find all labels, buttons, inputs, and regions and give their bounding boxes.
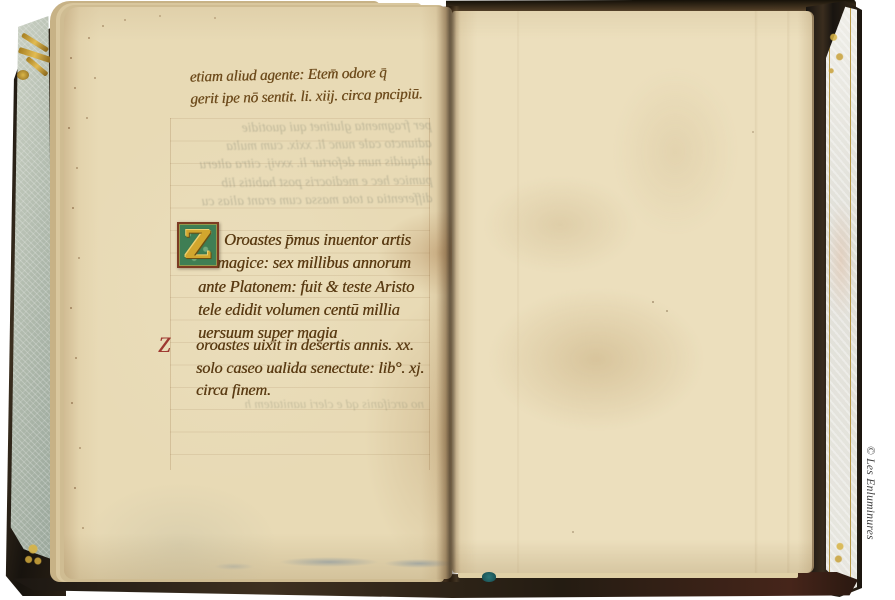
manuscript-text-line: oroastes uixit in desertis annis. xx. bbox=[196, 334, 452, 357]
rubric-initial-Z: Z bbox=[158, 334, 170, 356]
foxing-specks bbox=[64, 7, 66, 9]
gold-ornament-icon bbox=[824, 26, 848, 82]
stain bbox=[214, 563, 254, 570]
manuscript-text-line: solo caseo ualida senectute: lib°. xj. bbox=[196, 357, 452, 380]
gold-ornament-icon bbox=[832, 538, 848, 566]
manuscript-top-lines: etiam aliud agente: Etem̄ odore q̄ gerit… bbox=[190, 61, 423, 109]
photo-credit: © Les Enluminures bbox=[864, 446, 876, 540]
showthrough-text: per fragmenta glutinet qui quotidie adiu… bbox=[175, 116, 432, 211]
gold-fleur-icon bbox=[22, 540, 44, 570]
paragraph-zoroastes-2: oroastes uixit in desertis annis. xx. so… bbox=[196, 334, 452, 402]
manuscript-photo: etiam aliud agente: Etem̄ odore q̄ gerit… bbox=[0, 0, 895, 600]
paragraph-zoroastes-1: Oroastes p̄mus inuentor artis magice: se… bbox=[198, 228, 450, 344]
showthrough-text: no arcifanis qd e cleri uanitatem h bbox=[184, 396, 424, 412]
manuscript-text-line: tele edidit volumen centū millia bbox=[198, 298, 450, 321]
manuscript-text-line: Oroastes p̄mus inuentor artis bbox=[198, 228, 450, 251]
headband bbox=[482, 572, 496, 582]
manuscript-text-line: ante Platonem: fuit & teste Aristo bbox=[198, 275, 450, 298]
manuscript-text-line: magice: sex millibus annorum bbox=[198, 251, 450, 274]
showthrough-line: differentia a tota massa cum erant alias… bbox=[176, 189, 432, 211]
stain bbox=[279, 557, 379, 567]
tissue-tint bbox=[827, 200, 855, 320]
gold-ornament-icon bbox=[17, 70, 29, 80]
right-page-blank bbox=[452, 11, 814, 573]
